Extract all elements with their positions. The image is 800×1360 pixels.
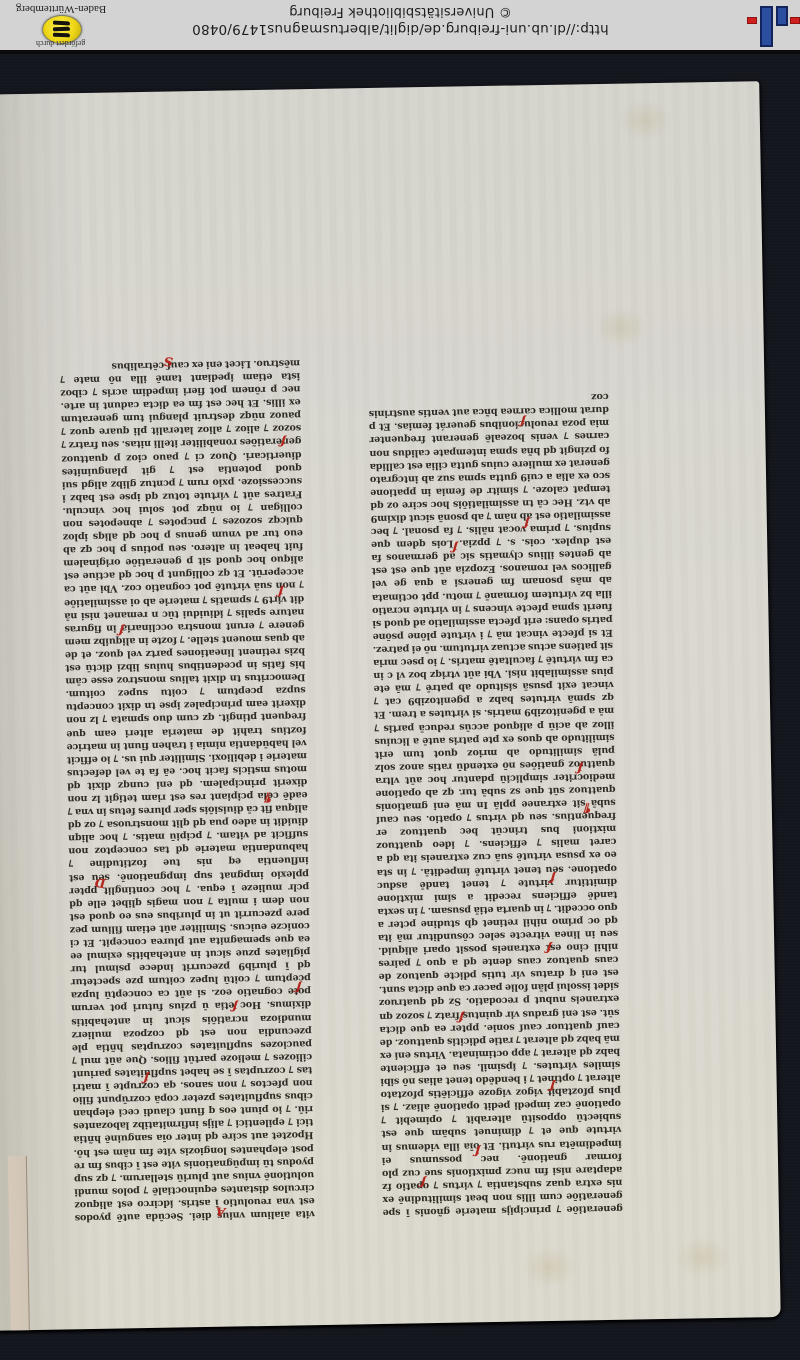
rubrication-mark: ſ <box>232 1000 238 1012</box>
funding-region-text: Baden-Württemberg <box>16 3 106 15</box>
page-stains-layer <box>0 81 759 95</box>
rubrication-mark: ſ <box>474 1145 480 1157</box>
book-fore-edge <box>8 1156 30 1330</box>
manuscript-text-block: generatiōe ⁊ principijs materie gñonis ī… <box>60 339 623 1224</box>
copyright-text: © Universitätsbibliothek Freiburg <box>289 4 512 19</box>
rubrication-mark: ſ <box>549 1080 555 1092</box>
funding-sponsor-label: gefördert durch <box>18 39 104 48</box>
manuscript-column: generatiōe ⁊ principijs materie gñonis ī… <box>368 339 623 1219</box>
rubrication-mark: ſ <box>143 1072 149 1084</box>
rubrication-mark: D <box>95 876 106 889</box>
rubrication-mark: ſ <box>277 585 283 597</box>
logo-red-dash <box>747 17 757 24</box>
rubrication-mark: ſ <box>118 624 124 636</box>
manuscript-page-photo: generatiōe ⁊ principijs materie gñonis ī… <box>0 81 781 1331</box>
rubrication-marks-layer: Sſſſ¶DſſſAſſſſ¶ſſſſſſ <box>0 81 759 95</box>
rubrication-mark: ſ <box>295 981 301 993</box>
manuscript-column: vita aīalium vnius diei. Secūda autē pyo… <box>60 344 315 1224</box>
source-url-text: http://dl.ub.uni-freiburg.de/diglit/albe… <box>192 21 609 37</box>
ub-freiburg-logo-icon <box>744 0 800 50</box>
logo-blue-bar <box>776 6 788 26</box>
funding-region-label: Baden-Württemberg <box>6 3 116 15</box>
rubrication-mark: ſ <box>420 1176 426 1188</box>
rubrication-mark: ſ <box>280 435 286 447</box>
lion-figure <box>53 21 70 26</box>
rubrication-mark: ſ <box>452 541 458 553</box>
page-stain <box>617 100 672 141</box>
rubrication-mark: ſ <box>577 762 583 774</box>
source-url-line: http://dl.ub.uni-freiburg.de/diglit/albe… <box>0 21 800 37</box>
rubrication-mark: ſ <box>523 517 529 529</box>
rubrication-mark: S <box>163 355 173 368</box>
digitized-scan-viewer: generatiōe ⁊ principijs materie gñonis ī… <box>0 0 800 1360</box>
watermark-header-bar: © Universitätsbibliothek Freiburg http:/… <box>0 0 800 54</box>
funding-sponsor-text: gefördert durch <box>36 39 86 48</box>
page-stain <box>675 1237 730 1278</box>
rubrication-mark: ¶ <box>264 792 273 805</box>
lion-figure <box>53 27 70 32</box>
rubrication-mark: ſ <box>546 942 552 954</box>
logo-blue-bar <box>760 6 773 47</box>
logo-red-dash <box>790 17 800 24</box>
rubrication-mark: A <box>215 1205 225 1218</box>
lion-figure <box>53 33 70 38</box>
page-stain <box>522 1247 577 1288</box>
rubrication-mark: ¶ <box>583 802 592 815</box>
copyright-line: © Universitätsbibliothek Freiburg <box>0 4 800 19</box>
rubrication-mark: ſ <box>520 415 526 427</box>
header-center-text: © Universitätsbibliothek Freiburg http:/… <box>0 0 800 37</box>
rubrication-mark: ſ <box>550 872 556 884</box>
rubrication-mark: ſ <box>458 1011 464 1023</box>
